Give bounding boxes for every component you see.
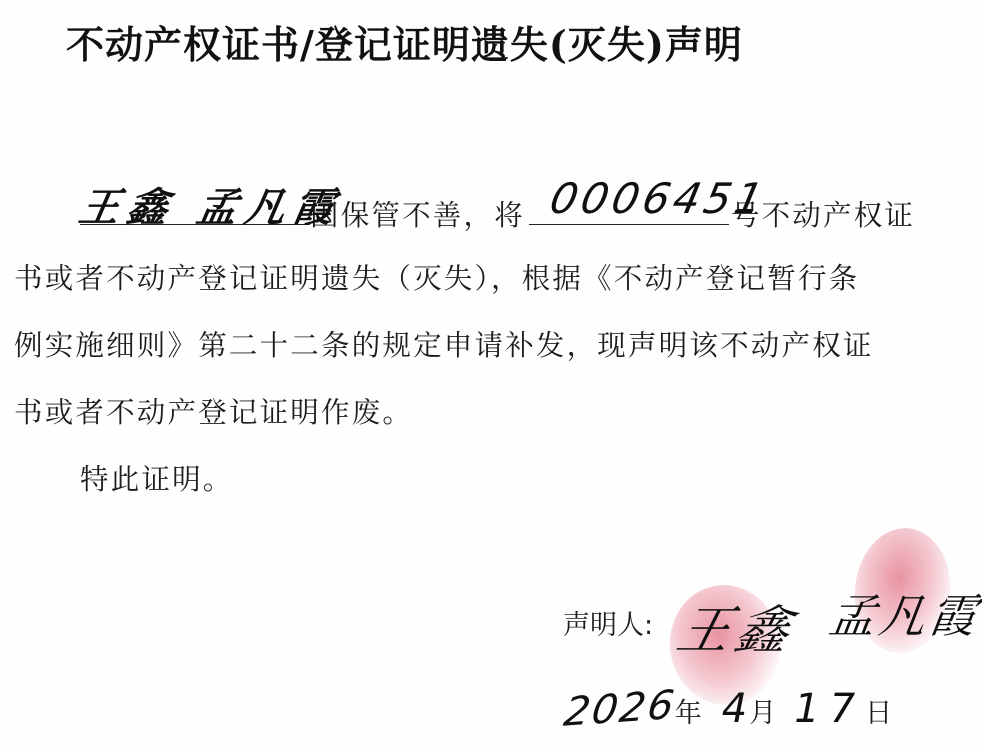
date-month: 4 xyxy=(722,686,749,732)
signature-2: 孟凡霞 xyxy=(825,580,982,646)
declarant-label: 声明人: xyxy=(563,603,653,642)
declarant-name-blank: 王鑫 孟凡霞 xyxy=(80,190,310,225)
date-day: 17 xyxy=(794,686,865,732)
body-line-1: 王鑫 孟凡霞因保管不善，将0006451号不动产权证 xyxy=(80,190,915,234)
handwritten-name: 王鑫 孟凡霞 xyxy=(75,176,347,233)
declaration-page: 不动产权证书/登记证明遗失(灭失)声明 王鑫 孟凡霞因保管不善，将0006451… xyxy=(0,0,982,747)
document-title: 不动产权证书/登记证明遗失(灭失)声明 xyxy=(66,14,926,69)
handwritten-certificate-number: 0006451 xyxy=(546,174,771,223)
signature-1: 王鑫 xyxy=(671,588,806,663)
date-year: 2026 xyxy=(561,682,679,736)
certificate-number-blank: 0006451 xyxy=(529,190,729,225)
day-label: 日 xyxy=(865,698,892,729)
date-line: 2026年4月17日 xyxy=(565,686,892,732)
body-line-2: 书或者不动产登记证明遗失（灭失），根据《不动产登记暂行条 xyxy=(14,256,859,297)
body-line-4: 书或者不动产登记证明作废。 xyxy=(14,390,413,431)
closing-statement: 特此证明。 xyxy=(80,457,234,498)
body-line-3: 例实施细则》第二十二条的规定申请补发，现声明该不动产权证 xyxy=(14,323,874,364)
year-label: 年 xyxy=(675,698,702,729)
body-text: 因保管不善，将 xyxy=(310,199,525,232)
month-label: 月 xyxy=(749,698,776,729)
